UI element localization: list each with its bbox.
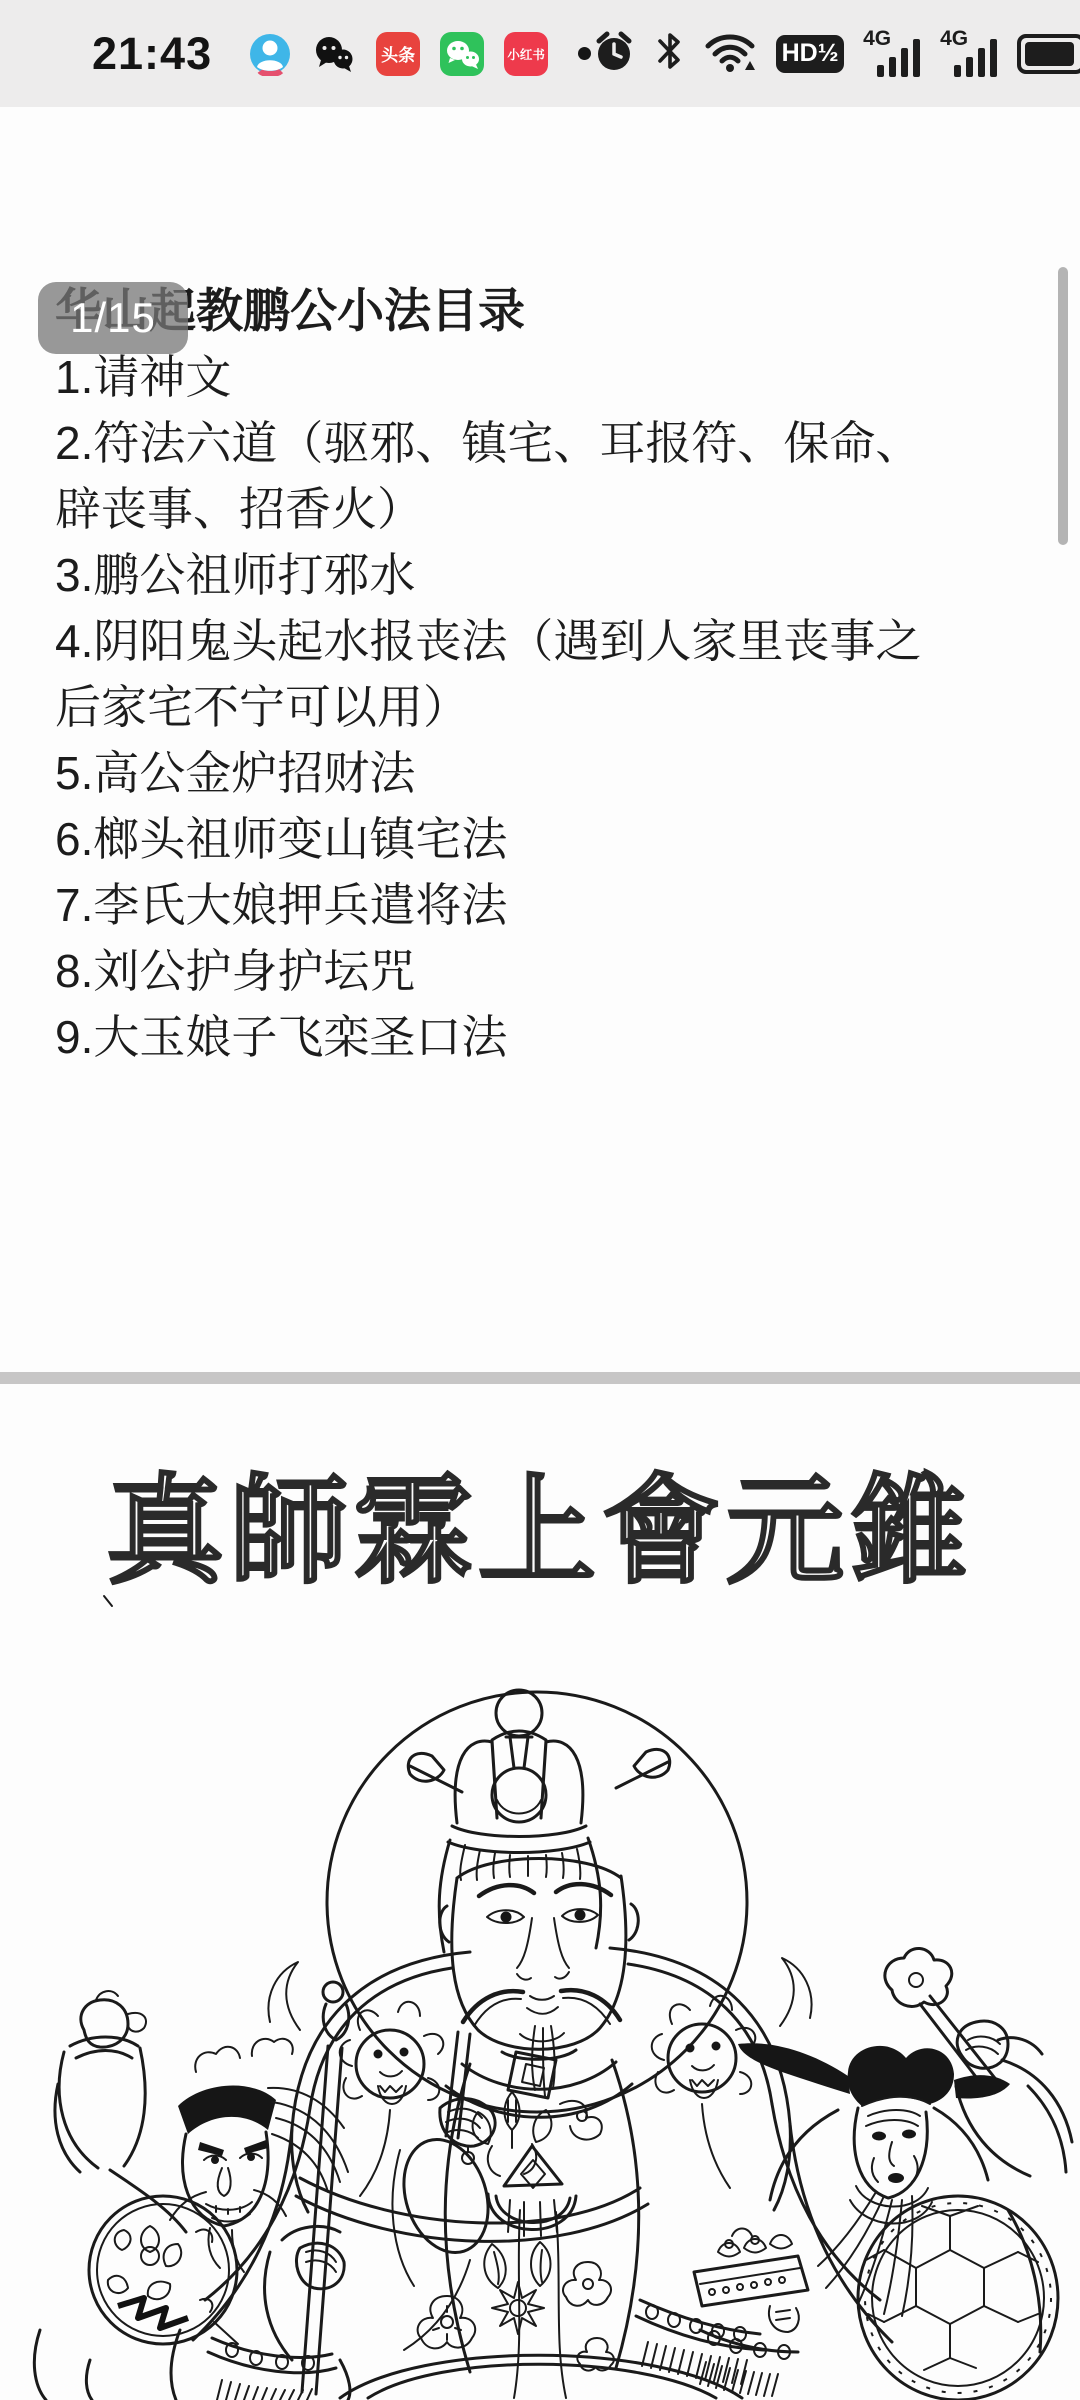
deity-illustration: 真師霖上會元錐	[0, 1384, 1080, 2400]
scrollbar-thumb[interactable]	[1058, 267, 1068, 545]
xiaohongshu-label: 小红书	[507, 45, 545, 63]
notification-icons: 头条 小红书	[248, 32, 591, 76]
toc-line: 7.李氏大娘押兵遣将法	[55, 872, 1045, 938]
wechat-icon	[440, 32, 484, 76]
page-divider	[0, 1372, 1080, 1384]
toc-line: 8.刘公护身护坛咒	[55, 938, 1045, 1004]
document-page-2[interactable]: 真師霖上會元錐	[0, 1384, 1080, 2400]
page-title: 华山起教鹏公小法目录	[55, 278, 1045, 344]
toc-line: 后家宅不宁可以用）	[55, 674, 1045, 740]
more-notifications-dot	[578, 47, 591, 60]
contacts-app-icon	[248, 32, 292, 76]
treasure-tray-icon	[694, 2229, 808, 2333]
clock-time: 21:43	[92, 28, 212, 80]
toc-line: 4.阴阳鬼头起水报丧法（遇到人家里丧事之	[55, 608, 1045, 674]
collar	[446, 2050, 632, 2117]
toutiao-label: 头条	[381, 41, 415, 66]
phone-screen: 21:43	[0, 0, 1080, 2400]
toc-line: 3.鹏公祖师打邪水	[55, 542, 1045, 608]
calligraphy-title: 真師霖上會元錐	[106, 1461, 974, 1600]
toc-line: 2.符法六道（驱邪、镇宅、耳报符、保命、	[55, 410, 1045, 476]
toc-line: 9.大玉娘子飞栾圣口法	[55, 1004, 1045, 1070]
battery-fill	[1025, 42, 1074, 66]
studded-belt-right	[636, 2300, 764, 2384]
fan-pattern	[118, 2298, 188, 2328]
star-medallion-icon	[492, 2282, 544, 2334]
signal-sim1-icon: 4G	[863, 29, 921, 79]
wechat-dark-icon	[312, 32, 356, 76]
signal-sim2-icon: 4G	[940, 29, 998, 79]
headband	[178, 2086, 276, 2134]
status-bar: 21:43	[0, 0, 1080, 107]
table-of-contents: 华山起教鹏公小法目录 1.请神文 2.符法六道（驱邪、镇宅、耳报符、保命、 辟丧…	[55, 278, 1045, 1070]
xiaohongshu-icon: 小红书	[504, 32, 548, 76]
hd-voice-icon: HD½	[776, 35, 844, 73]
bluetooth-icon	[656, 28, 684, 79]
toc-line: 5.高公金炉招财法	[55, 740, 1045, 806]
alarm-icon	[591, 28, 637, 79]
toc-line: 1.请神文	[55, 344, 1045, 410]
left-shoulder-beast-icon	[340, 2002, 444, 2196]
document-page-1[interactable]: 华山起教鹏公小法目录 1.请神文 2.符法六道（驱邪、镇宅、耳报符、保命、 辟丧…	[0, 107, 1080, 1372]
toc-line: 辟丧事、招香火）	[55, 476, 1045, 542]
system-status-icons: HD½ 4G 4G	[591, 28, 1080, 79]
wifi-icon	[703, 28, 757, 79]
battery-icon	[1017, 34, 1080, 74]
toc-line: 6.榔头祖师变山镇宅法	[55, 806, 1045, 872]
toutiao-icon: 头条	[376, 32, 420, 76]
attendant-left	[34, 1991, 350, 2400]
page-indicator-badge: 1/15	[38, 282, 188, 354]
ruyi-icon	[885, 1948, 952, 2006]
hair	[439, 1838, 600, 1952]
staff	[265, 1982, 349, 2394]
